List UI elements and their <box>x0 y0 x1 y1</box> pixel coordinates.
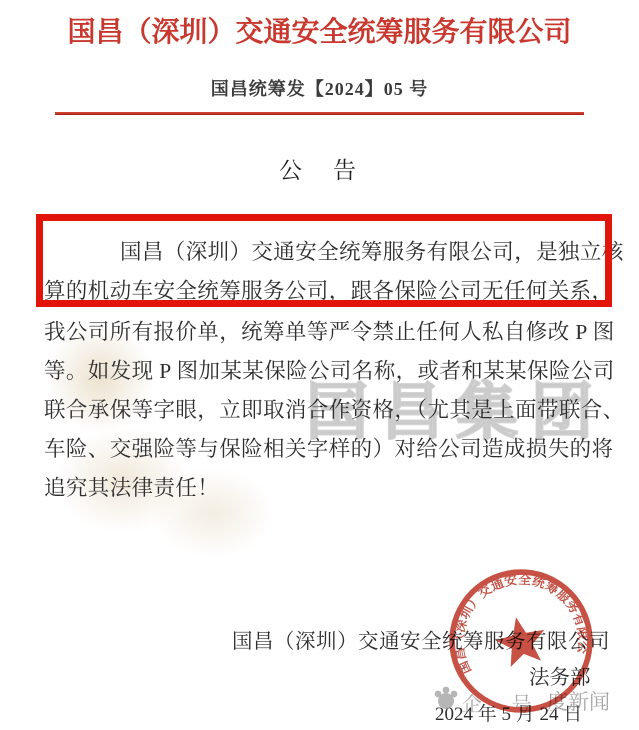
body-line: 国昌（深圳）交通安全统筹服务有限公司，是独立核 <box>120 235 624 266</box>
announcement-document: 国昌（深圳）交通安全统筹服务有限公司 国昌统筹发【2024】05 号 公 告 国… <box>0 0 639 730</box>
body-line: 车险、交强险等与保险相关字样的）对给公司造成损失的将 <box>44 432 613 463</box>
company-title: 国昌（深圳）交通安全统筹服务有限公司 <box>0 10 639 50</box>
body-line: 等。如发现 P 图加某某保险公司名称，或者和某某保险公司 <box>44 354 615 385</box>
document-number: 国昌统筹发【2024】05 号 <box>0 75 639 101</box>
official-seal-icon: 国昌（深圳）交通安全统筹服务有限公司 <box>432 552 610 730</box>
red-divider-line <box>55 112 584 115</box>
body-line: 追究其法律责任！ <box>44 471 219 502</box>
body-line: 联合承保等字眼，立即取消合作资格，（尤其是上面带联合、 <box>44 393 625 424</box>
notice-heading: 公 告 <box>0 152 639 185</box>
body-line: 我公司所有报价单，统筹单等严令禁止任何人私自修改 P 图 <box>44 315 615 346</box>
body-line: 算的机动车安全统筹服务公司，跟各保险公司无任何关系， <box>44 274 613 305</box>
seal-star-icon <box>491 612 550 669</box>
